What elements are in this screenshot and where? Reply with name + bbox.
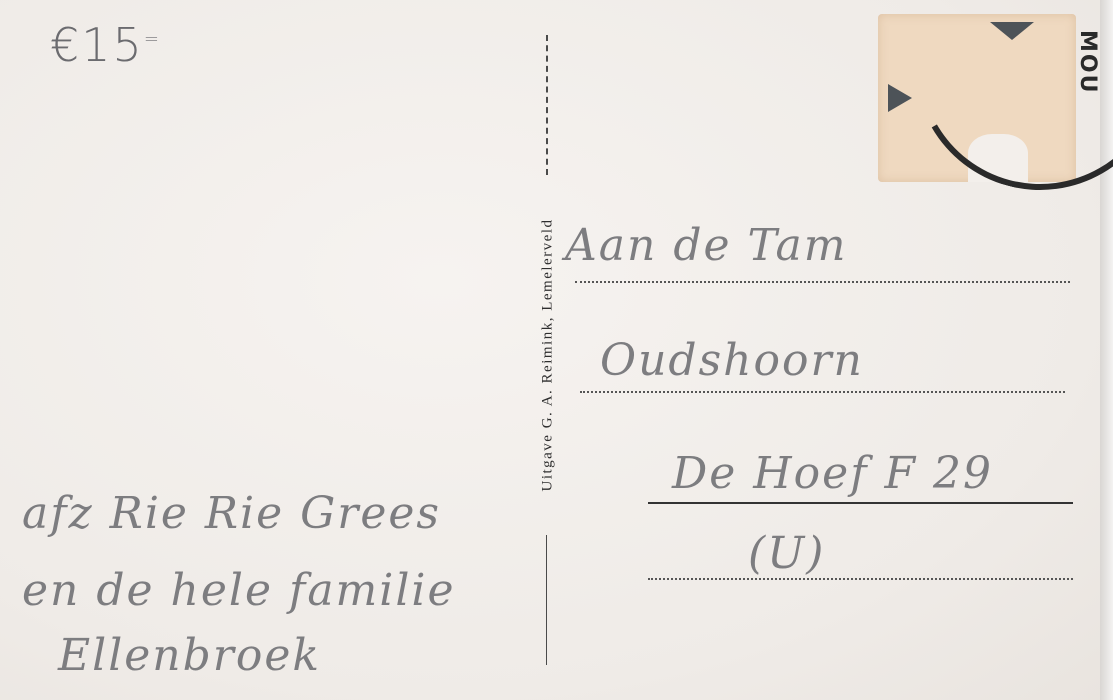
price-text: €15 xyxy=(50,18,144,72)
price-suffix: = xyxy=(144,29,161,50)
message-line-2: en de hele familie xyxy=(22,565,456,616)
address-line-1: Aan de Tam xyxy=(565,220,847,271)
center-divider-bottom xyxy=(546,535,547,665)
stamp-fragment-icon xyxy=(888,84,912,112)
price-note: €15= xyxy=(50,18,161,72)
address-rule-4 xyxy=(648,578,1073,580)
address-rule-2 xyxy=(580,391,1065,393)
address-rule-1 xyxy=(575,281,1070,283)
center-divider-top xyxy=(546,35,548,175)
address-line-3: De Hoef F 29 xyxy=(672,448,993,499)
postmark-text: MOU xyxy=(1075,30,1100,94)
address-line-4: (U) xyxy=(748,528,825,579)
address-line-2: Oudshoorn xyxy=(600,335,864,386)
message-line-3: Ellenbroek xyxy=(58,630,321,681)
address-rule-3 xyxy=(648,502,1073,504)
message-line-1: afz Rie Rie Grees xyxy=(22,488,441,539)
publisher-imprint: Uitgave G. A. Reimink, Lemelerveld xyxy=(540,218,557,491)
